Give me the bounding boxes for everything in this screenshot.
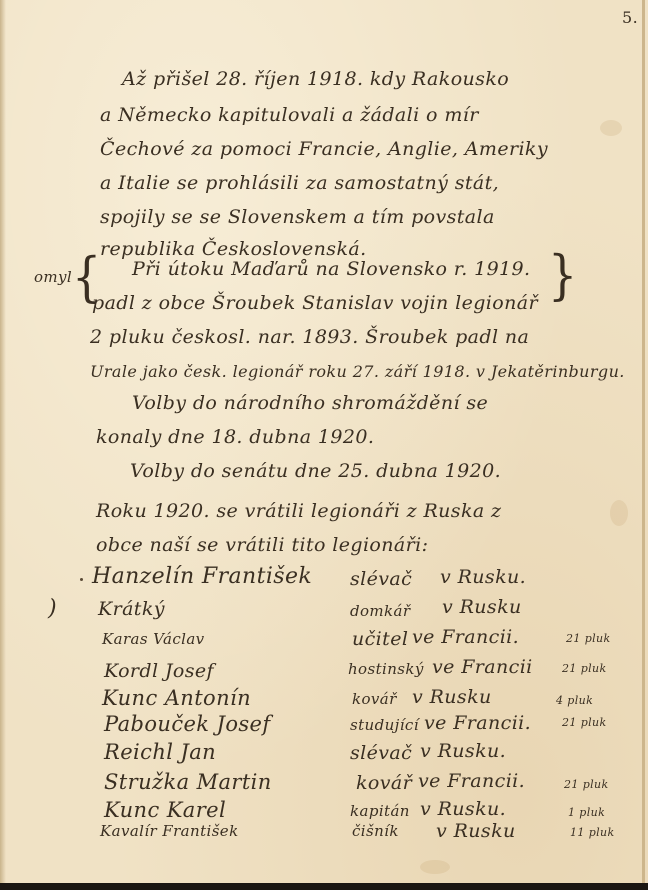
legionnaire-occupation: čišník [352, 822, 399, 840]
legionnaire-unit: 11 pluk [570, 826, 615, 839]
legionnaire-unit: 21 pluk [562, 662, 607, 675]
text-line: obce naší se vrátili tito legionáři: [96, 534, 428, 556]
legionnaire-occupation: kovář [352, 690, 397, 708]
legionnaire-location: ve Francii [432, 656, 533, 678]
text-line: a Německo kapitulovali a žádali o mír [100, 104, 479, 126]
right-brace: } [548, 249, 577, 302]
legionnaire-occupation: slévač [350, 742, 412, 764]
text-line: konaly dne 18. dubna 1920. [96, 426, 374, 448]
text-line: Urale jako česk. legionář roku 27. září … [90, 362, 625, 381]
list-dot [80, 578, 83, 581]
margin-mark: ) [48, 596, 57, 621]
paper-stain [610, 500, 628, 526]
text-line: republika Československá. [100, 238, 367, 260]
legionnaire-location: v Rusku. [420, 798, 506, 820]
text-line: Volby do národního shromáždění se [132, 392, 488, 414]
text-line: 2 pluku českosl. nar. 1893. Šroubek padl… [90, 326, 529, 348]
legionnaire-unit: 1 pluk [568, 806, 605, 819]
legionnaire-location: v Rusku [442, 596, 522, 618]
legionnaire-occupation: domkář [350, 602, 410, 620]
legionnaire-location: v Rusku. [420, 740, 506, 762]
page-number: 5. [622, 8, 638, 27]
legionnaire-occupation: studující [350, 716, 419, 734]
legionnaire-name: Hanzelín František [92, 564, 312, 589]
legionnaire-name: Stružka Martin [104, 770, 272, 794]
text-line: spojily se se Slovenskem a tím povstala [100, 206, 495, 228]
legionnaire-location: v Rusku. [440, 566, 526, 588]
legionnaire-name: Kunc Karel [104, 798, 226, 822]
text-line: padl z obce Šroubek Stanislav vojin legi… [92, 292, 538, 314]
legionnaire-name: Krátký [98, 598, 165, 620]
text-line: Při útoku Maďarů na Slovensko r. 1919. [132, 258, 530, 280]
text-line: Až přišel 28. říjen 1918. kdy Rakousko [122, 68, 509, 90]
manuscript-page: 5. Až přišel 28. říjen 1918. kdy Rakousk… [0, 0, 648, 883]
legionnaire-location: ve Francii. [412, 626, 519, 648]
legionnaire-occupation: hostinský [348, 660, 424, 678]
legionnaire-name: Pabouček Josef [104, 712, 271, 736]
legionnaire-name: Kordl Josef [104, 660, 214, 682]
legionnaire-name: Karas Václav [102, 630, 205, 648]
legionnaire-location: v Rusku [436, 820, 516, 842]
legionnaire-occupation: učitel [352, 628, 408, 650]
legionnaire-unit: 21 pluk [564, 778, 609, 791]
paper-stain [420, 860, 450, 874]
text-line: Volby do senátu dne 25. dubna 1920. [130, 460, 501, 482]
legionnaire-unit: 21 pluk [566, 632, 611, 645]
legionnaire-location: ve Francii. [418, 770, 525, 792]
text-line: a Italie se prohlásili za samostatný stá… [100, 172, 499, 194]
legionnaire-location: ve Francii. [424, 712, 531, 734]
legionnaire-occupation: slévač [350, 568, 412, 590]
paper-stain [600, 120, 622, 136]
text-line: Čechové za pomoci Francie, Anglie, Ameri… [100, 138, 548, 160]
legionnaire-unit: 21 pluk [562, 716, 607, 729]
margin-note: omyl [34, 268, 72, 286]
legionnaire-occupation: kovář [356, 772, 412, 794]
legionnaire-occupation: kapitán [350, 802, 410, 820]
legionnaire-name: Kunc Antonín [102, 686, 251, 710]
text-line: Roku 1920. se vrátili legionáři z Ruska … [96, 500, 501, 522]
legionnaire-location: v Rusku [412, 686, 492, 708]
legionnaire-name: Reichl Jan [104, 740, 216, 764]
legionnaire-name: Kavalír František [100, 822, 239, 840]
legionnaire-unit: 4 pluk [556, 694, 593, 707]
